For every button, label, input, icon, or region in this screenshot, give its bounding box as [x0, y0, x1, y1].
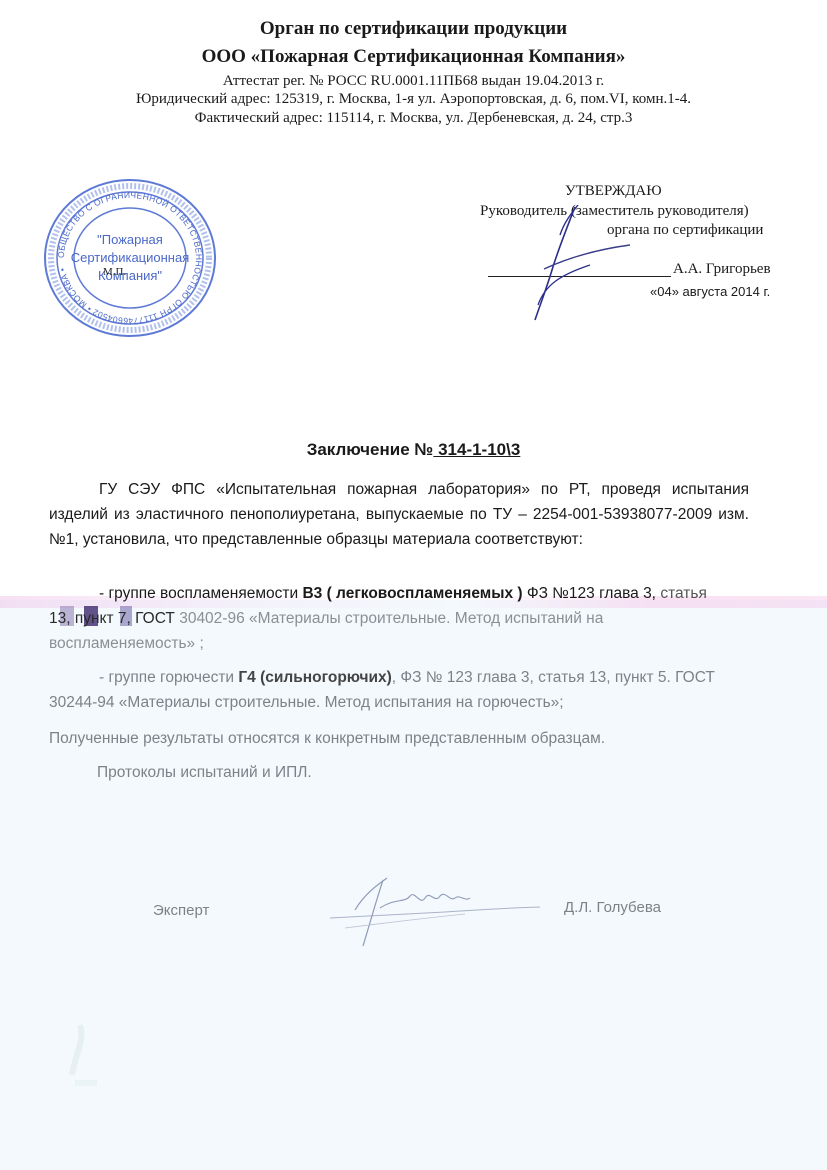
item1-gost-end: воспламеняемость» ; [49, 631, 769, 656]
actual-address: Фактический адрес: 115114, г. Москва, ул… [0, 110, 827, 127]
approval-date: «04» августа 2014 г. [650, 284, 770, 299]
item2-gost: 30244-94 «Материалы строительные. Метод … [49, 690, 769, 715]
results-note: Полученные результаты относятся к конкре… [49, 726, 605, 751]
intro-paragraph: ГУ СЭУ ФПС «Испытательная пожарная лабор… [49, 477, 749, 552]
conclusion-title-prefix: Заключение № [307, 440, 434, 459]
expert-name: Д.Л. Голубева [564, 899, 661, 916]
stamp-seal-icon: ОБЩЕСТВО С ОГРАНИЧЕННОЙ ОТВЕТСТВЕННОСТЬЮ… [43, 178, 217, 338]
svg-text:Сертификационная: Сертификационная [71, 250, 190, 265]
flammability-item: - группе воспламеняемости В3 ( легковосп… [49, 581, 769, 656]
intro-text: ГУ СЭУ ФПС «Испытательная пожарная лабор… [49, 481, 749, 548]
scan-smudge-icon [60, 1020, 110, 1090]
protocols-note: Протоколы испытаний и ИПЛ. [97, 760, 312, 785]
item2-prefix: - группе горючести [99, 669, 238, 686]
flammability-group: В3 ( легковоспламеняемых ) [302, 585, 522, 602]
approval-heading: УТВЕРЖДАЮ [565, 183, 662, 200]
combustibility-group: Г4 (сильногорючих) [238, 669, 391, 686]
legal-address: Юридический адрес: 125319, г. Москва, 1-… [0, 91, 827, 108]
item1-article: статья [660, 585, 707, 602]
conclusion-number: 314-1-10\3 [433, 440, 520, 459]
combustibility-item: - группе горючести Г4 (сильногорючих), Ф… [49, 665, 769, 715]
company-name: ООО «Пожарная Сертификационная Компания» [0, 46, 827, 68]
org-title: Орган по сертификации продукции [0, 18, 827, 40]
company-stamp: ОБЩЕСТВО С ОГРАНИЧЕННОЙ ОТВЕТСТВЕННОСТЬЮ… [43, 178, 217, 338]
stamp-place-label: М.П. [103, 266, 126, 278]
item1-point: 13, пункт 7, ГОСТ [49, 610, 175, 627]
item1-prefix: - группе воспламеняемости [99, 585, 302, 602]
conclusion-title: Заключение № 314-1-10\3 [0, 440, 827, 460]
item1-law-ref: ФЗ №123 глава 3, [523, 585, 661, 602]
approver-name: А.А. Григорьев [673, 261, 771, 278]
item1-gost: 30402-96 «Материалы строительные. Метод … [175, 610, 603, 627]
expert-signature-icon [325, 868, 545, 948]
expert-role: Эксперт [153, 902, 209, 919]
attestation-line: Аттестат рег. № РОСС RU.0001.11ПБ68 выда… [0, 73, 827, 90]
item2-law-ref: , ФЗ № 123 глава 3, статья 13, пункт 5. … [392, 669, 715, 686]
approver-signature-icon [530, 205, 640, 325]
svg-text:"Пожарная: "Пожарная [97, 232, 163, 247]
